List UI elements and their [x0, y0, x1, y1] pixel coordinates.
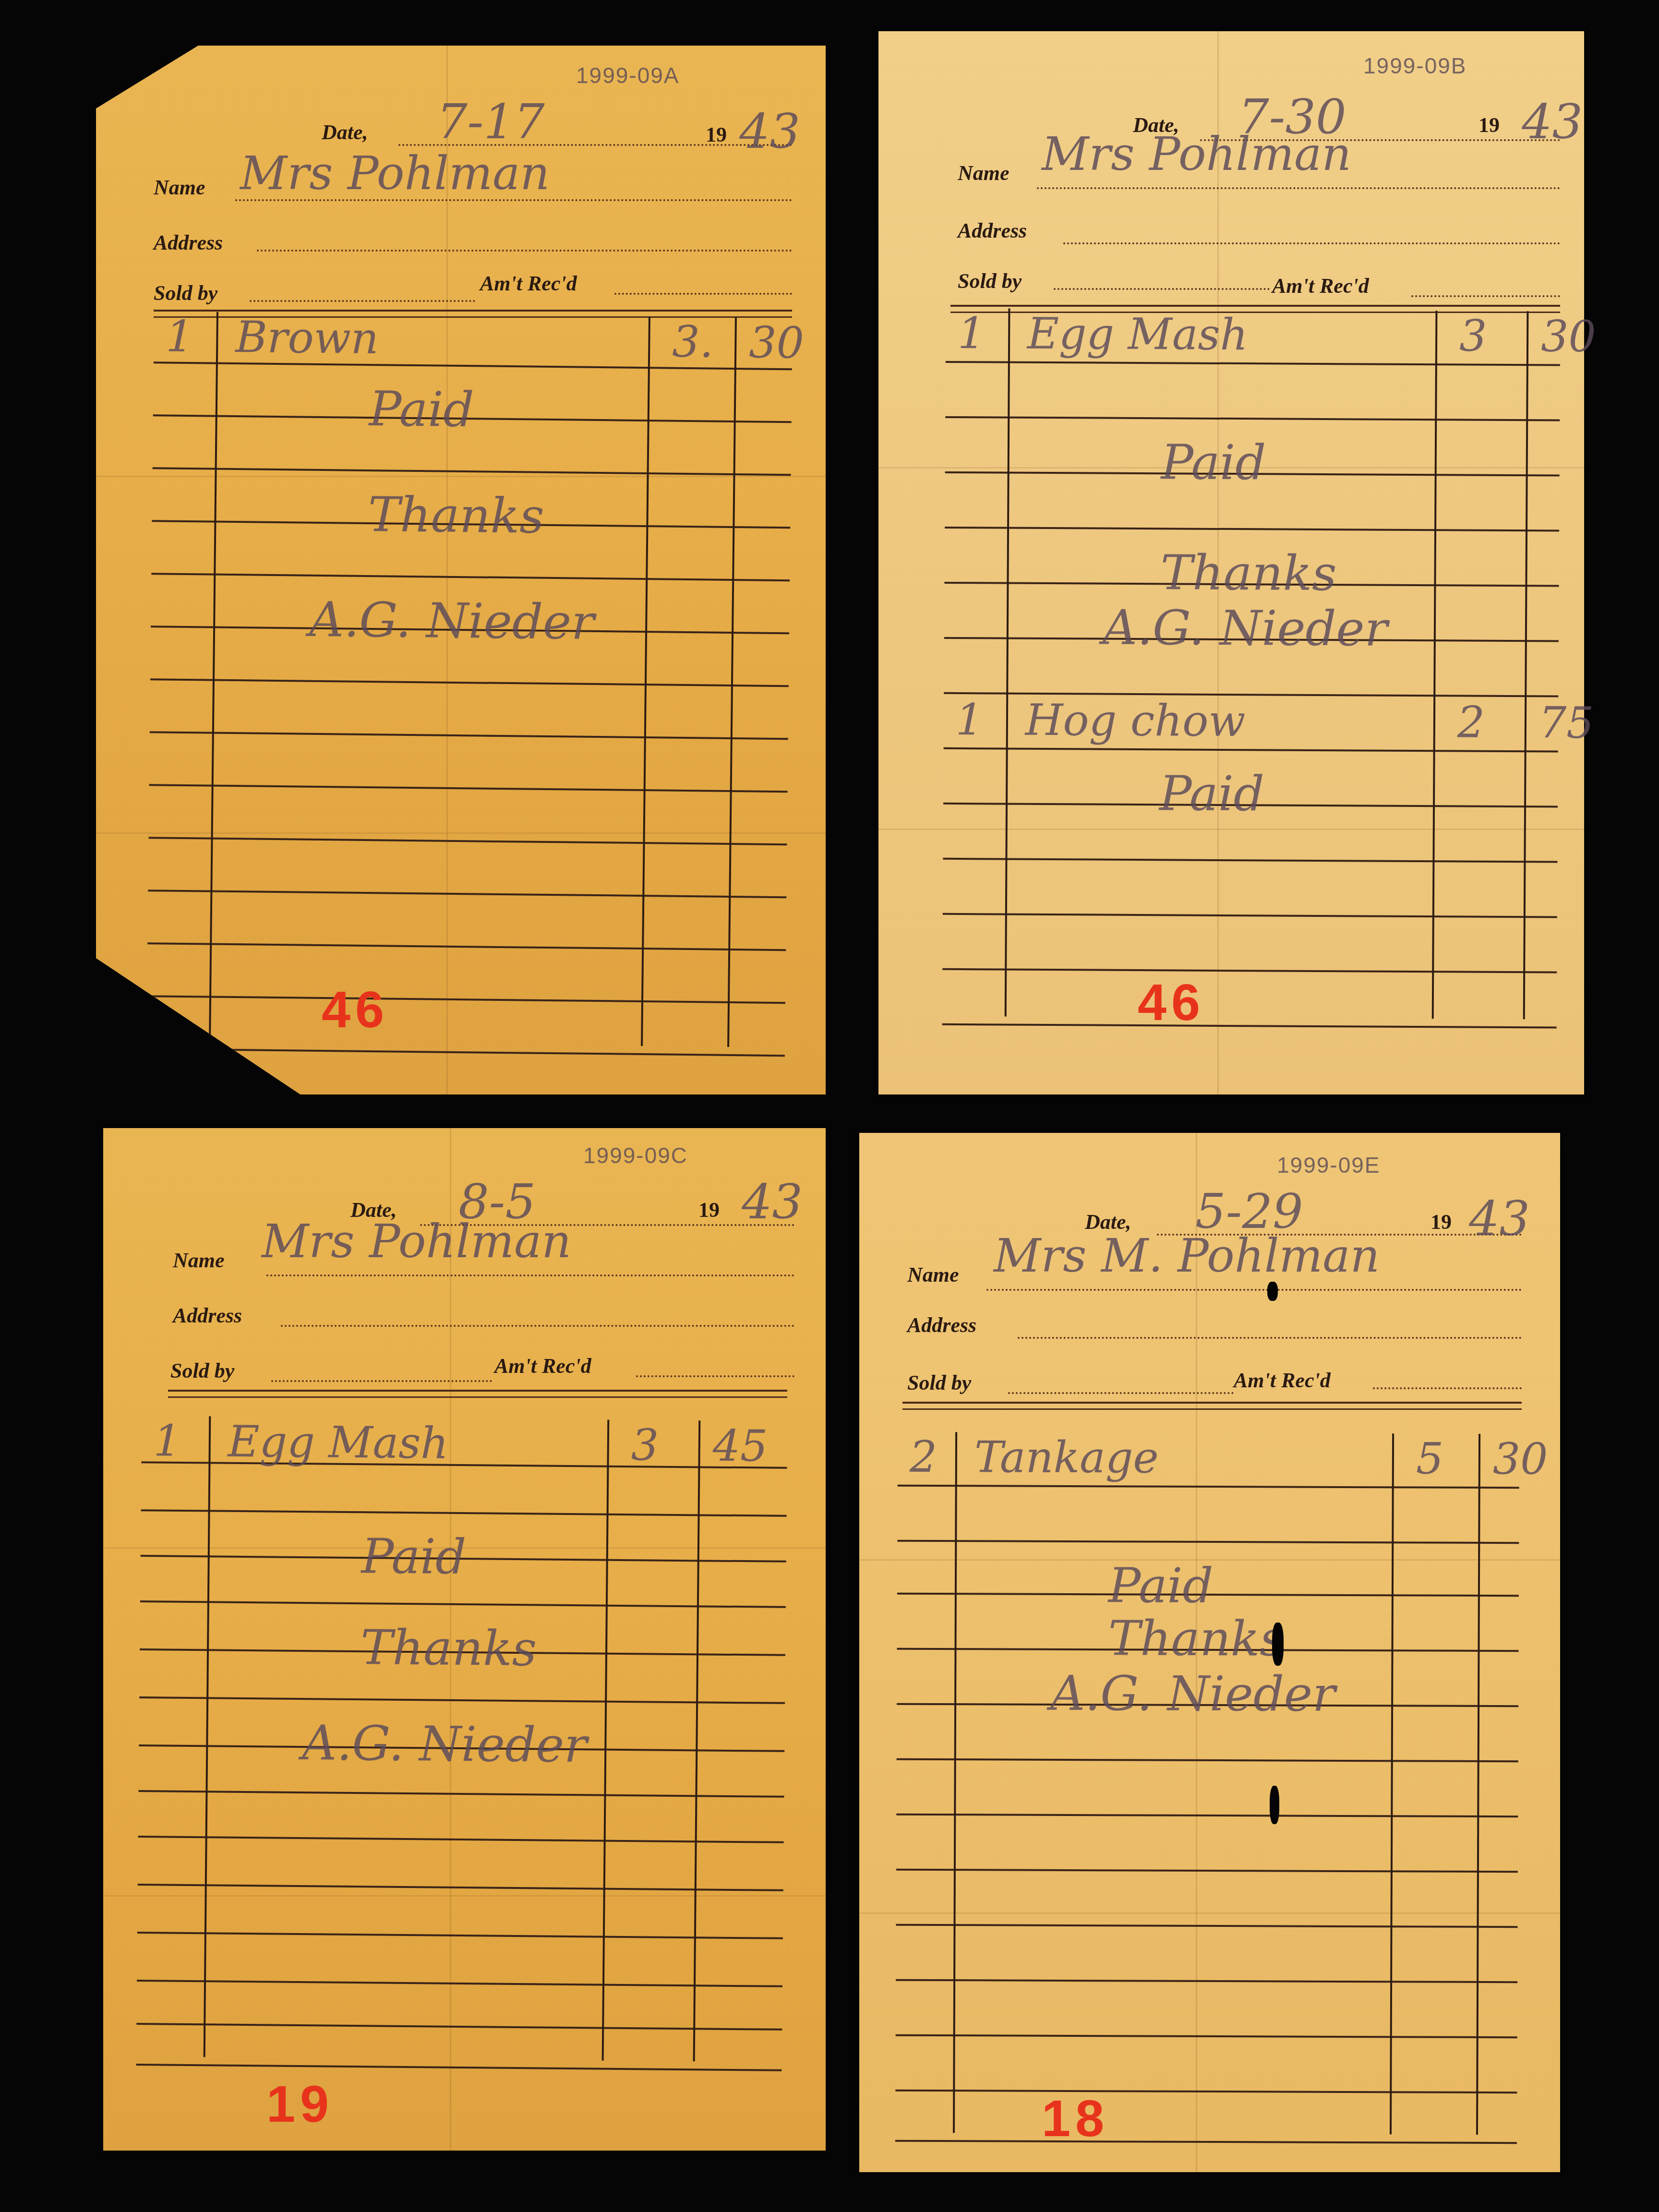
table-row-rule: [896, 1924, 1517, 1928]
table-row-rule: [137, 1932, 783, 1939]
item-description: Hog chow: [1025, 695, 1246, 746]
table-row-rule: [150, 678, 789, 687]
table-row-rule: [150, 731, 788, 740]
table-row: Thanks: [877, 529, 1583, 585]
annotation: Thanks: [361, 1619, 537, 1677]
amount-dollars: 3: [1459, 311, 1487, 361]
table-row-rule: [942, 1023, 1557, 1029]
amount-cents: 45: [712, 1421, 768, 1472]
line-item-table: 1Brown3.30PaidThanksA.G. Nieder: [88, 42, 829, 1098]
table-row: Paid: [878, 418, 1584, 475]
serial-stamp: 19: [266, 2074, 334, 2134]
serial-stamp: 46: [1138, 972, 1205, 1032]
amount-dollars: 3.: [672, 317, 714, 368]
table-row: Paid: [102, 1511, 825, 1570]
table-row: 1Egg Mash330: [878, 308, 1585, 364]
quantity: 1: [166, 312, 193, 362]
line-item-table: 2Tankage530PaidThanksA.G. Nieder: [857, 1131, 1562, 2173]
annotation: Paid: [361, 1528, 466, 1585]
amount-cents: 30: [749, 317, 805, 368]
receipt-1999-09a: 1999-09ADate,197-1743NameMrs PohlmanAddr…: [96, 46, 826, 1094]
table-row-rule: [147, 942, 786, 951]
annotation: Paid: [1161, 434, 1266, 491]
item-description: Egg Mash: [228, 1417, 448, 1469]
amount-dollars: 2: [1457, 697, 1485, 747]
table-row-rule: [149, 784, 788, 793]
table-row-rule: [138, 1790, 784, 1798]
table-row: Paid: [96, 363, 826, 424]
quantity: 1: [153, 1416, 181, 1466]
table-row: Thanks: [101, 1602, 824, 1661]
table-row: 1Egg Mash345: [103, 1415, 826, 1474]
table-row: Paid: [876, 749, 1582, 806]
annotation: A.G. Nieder: [302, 1715, 588, 1773]
table-column-rule: [1432, 311, 1438, 1019]
paper-tear: [1267, 1282, 1278, 1301]
receipt-1999-09c: 1999-09CDate,198-543NameMrs PohlmanAddre…: [103, 1128, 826, 2151]
line-item-table: 1Egg Mash345PaidThanksA.G. Nieder: [97, 1125, 829, 2153]
item-description: Brown: [235, 312, 379, 364]
table-row-rule: [896, 1869, 1518, 1873]
table-row-rule: [148, 890, 786, 898]
item-description: Tankage: [974, 1432, 1159, 1483]
table-row-rule: [146, 1048, 785, 1057]
table-column-rule: [641, 316, 650, 1046]
table-row-rule: [896, 2034, 1517, 2039]
table-row-rule: [943, 858, 1557, 863]
table-column-rule: [1476, 1434, 1480, 2135]
annotation: A.G. Nieder: [1103, 600, 1388, 657]
annotation: Thanks: [368, 486, 544, 544]
table-row-rule: [138, 1836, 784, 1843]
amount-cents: 30: [1493, 1434, 1548, 1484]
table-row-rule: [896, 1814, 1518, 1818]
table-row: 1Hog chow275: [877, 694, 1583, 751]
table-row-rule: [149, 837, 787, 845]
table-row: A.G. Nieder: [877, 584, 1583, 640]
amount-dollars: 5: [1416, 1434, 1444, 1484]
table-row-rule: [138, 1884, 783, 1891]
annotation: A.G. Nieder: [309, 591, 595, 650]
serial-stamp: 46: [322, 979, 389, 1039]
table-column-rule: [1523, 311, 1529, 1019]
table-row: 1Brown3.30: [96, 311, 826, 371]
annotation: Paid: [369, 381, 474, 438]
table-column-rule: [953, 1432, 957, 2133]
quantity: 2: [910, 1432, 938, 1482]
table-row-rule: [895, 2090, 1517, 2094]
paper-tear: [1270, 1786, 1279, 1824]
quantity: 1: [958, 308, 986, 359]
table-row-rule: [897, 1758, 1518, 1763]
table-row-rule: [942, 968, 1557, 974]
table-row: Thanks: [94, 469, 824, 529]
table-column-rule: [1390, 1433, 1394, 2134]
line-item-table: 1Egg Mash330PaidThanksA.G. Nieder1Hog ch…: [875, 29, 1586, 1096]
table-row: 2Tankage530: [859, 1431, 1560, 1487]
table-row: Paid: [859, 1542, 1560, 1597]
receipt-1999-09b: 1999-09BDate,197-3043NameMrs PohlmanAddr…: [878, 31, 1584, 1094]
table-row-rule: [136, 2023, 782, 2031]
amount-dollars: 3: [631, 1420, 659, 1470]
quantity: 1: [956, 695, 984, 745]
table-row-rule: [137, 1980, 782, 1987]
serial-stamp: 18: [1042, 2088, 1109, 2148]
annotation: Paid: [1159, 765, 1264, 822]
table-row: A.G. Nieder: [858, 1650, 1559, 1705]
table-row: A.G. Nieder: [93, 575, 823, 635]
table-row: Thanks: [859, 1595, 1560, 1650]
table-row: A.G. Nieder: [100, 1698, 823, 1757]
table-row-rule: [896, 1979, 1517, 1984]
table-row-rule: [147, 995, 785, 1004]
paper-tear: [1272, 1623, 1284, 1666]
item-description: Egg Mash: [1027, 309, 1248, 360]
table-column-rule: [727, 317, 737, 1047]
amount-cents: 30: [1541, 311, 1596, 362]
table-row-rule: [136, 2064, 782, 2071]
amount-cents: 75: [1539, 697, 1594, 748]
annotation: A.G. Nieder: [1050, 1665, 1335, 1722]
table-row-rule: [895, 2140, 1517, 2144]
table-row-rule: [943, 913, 1557, 918]
table-column-rule: [209, 312, 218, 1042]
receipt-1999-09e: 1999-09EDate,195-2943NameMrs M. PohlmanA…: [859, 1133, 1560, 2172]
table-column-rule: [1005, 309, 1010, 1017]
